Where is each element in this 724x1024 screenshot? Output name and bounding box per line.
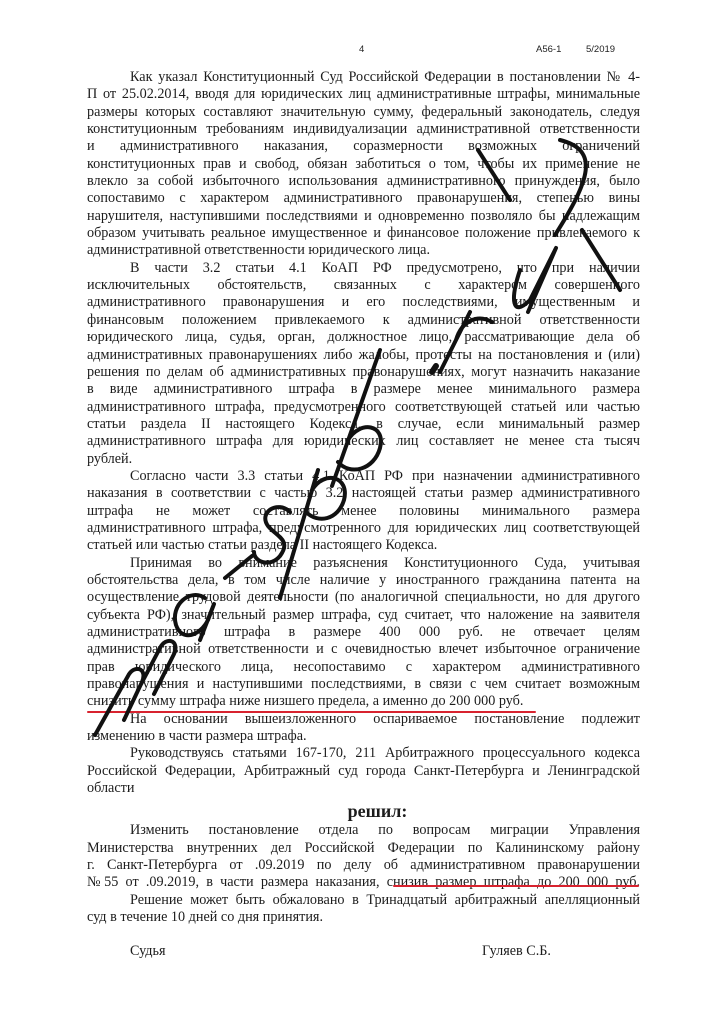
highlight-underline-1 <box>87 711 536 713</box>
text-line: статьей или частью статьи раздела II нас… <box>87 537 640 554</box>
text-line: г. Санкт-Петербурга от .09.2019 по делу … <box>87 857 640 874</box>
text-line: в виде административного штрафа в размер… <box>87 381 640 398</box>
text-line: Принимая во внимание разъяснения Констит… <box>87 555 640 572</box>
text-line: В части 3.2 статьи 4.1 КоАП РФ предусмот… <box>87 260 640 277</box>
text-line: конституционных прав и свобод, обязан за… <box>87 156 640 173</box>
text-line: осуществление трудовой деятельности (по … <box>87 589 640 606</box>
signature-role: Судья <box>130 943 166 960</box>
text-line: субъекта РФ), значительный размер штрафа… <box>87 607 640 624</box>
signature-name: Гуляев С.Б. <box>482 943 551 960</box>
text-line: Российской Федерации, Арбитражный суд го… <box>87 763 640 780</box>
text-line: финансовым положением привлекаемого к ад… <box>87 312 640 329</box>
decision-section: Изменить постановление отдела по вопроса… <box>87 822 640 926</box>
text-line: административного штрафа, предусмотренно… <box>87 520 640 537</box>
text-line: наказания в соответствии с частью 3.2 на… <box>87 485 640 502</box>
text-line: сопоставимо с характером административно… <box>87 190 640 207</box>
text-line: административного штрафа, предусмотренно… <box>87 399 640 416</box>
text-line: Согласно части 3.3 статьи 4.1 КоАП РФ пр… <box>87 468 640 485</box>
text-line: Как указал Конституционный Суд Российско… <box>87 69 640 86</box>
text-line: П от 25.02.2014, вводя для юридических л… <box>87 86 640 103</box>
text-line: прав юридического лица, несопоставимо с … <box>87 659 640 676</box>
reasoning-section: Как указал Конституционный Суд Российско… <box>87 69 640 797</box>
text-line: Изменить постановление отдела по вопроса… <box>87 822 640 839</box>
text-line: рублей. <box>87 451 640 468</box>
document-page: 4 А56-1 5/2019 Как указал Конституционны… <box>0 0 724 1024</box>
case-number: А56-1 <box>536 44 561 55</box>
text-line: правонарушения и наступившими последстви… <box>87 676 640 693</box>
text-line: и административного наказания, соразмерн… <box>87 138 640 155</box>
text-line: исключительных обстоятельств, связанных … <box>87 277 640 294</box>
text-line: Министерства внутренних дел Российской Ф… <box>87 840 640 857</box>
text-line: суд в течение 10 дней со дня принятия. <box>87 909 640 926</box>
text-line: административной ответственности и с оче… <box>87 641 640 658</box>
text-line: изменению в части размера штрафа. <box>87 728 640 745</box>
text-line: административного штрафа для юридических… <box>87 433 640 450</box>
text-line: Руководствуясь статьями 167-170, 211 Арб… <box>87 745 640 762</box>
decision-heading: решил: <box>87 800 640 822</box>
text-line: административных правонарушениях либо жа… <box>87 347 640 364</box>
text-line: статьи раздела II настоящего Кодекса, в … <box>87 416 640 433</box>
text-line: штрафа не может составлять менее половин… <box>87 503 640 520</box>
text-line: административного правонарушения и его п… <box>87 294 640 311</box>
text-line: №55 от .09.2019, в части размера наказан… <box>87 874 640 891</box>
text-line: юридического лица, судья, орган, должнос… <box>87 329 640 346</box>
text-line: обстоятельства дела, в том числе наличие… <box>87 572 640 589</box>
highlight-underline-2 <box>393 885 639 887</box>
text-line: размеры которых составляют значительную … <box>87 104 640 121</box>
text-line: снизить сумму штрафа ниже низшего предел… <box>87 693 640 710</box>
case-suffix: 5/2019 <box>586 44 615 55</box>
text-line: административного штрафа в размере 400 0… <box>87 624 640 641</box>
text-line: влекло за собой избыточного использовани… <box>87 173 640 190</box>
text-line: нарушителя, наступившими последствиями и… <box>87 208 640 225</box>
text-line: образом учитывать реальное имущественное… <box>87 225 640 242</box>
text-line: решения по делам об административных пра… <box>87 364 640 381</box>
text-line: области <box>87 780 640 797</box>
text-line: Решение может быть обжаловано в Тринадца… <box>87 892 640 909</box>
text-line: На основании вышеизложенного оспариваемо… <box>87 711 640 728</box>
page-number: 4 <box>359 44 364 55</box>
document-body: Как указал Конституционный Суд Российско… <box>87 69 640 927</box>
text-line: конституционным требованиям индивидуализ… <box>87 121 640 138</box>
text-line: административной ответственности юридиче… <box>87 242 640 259</box>
